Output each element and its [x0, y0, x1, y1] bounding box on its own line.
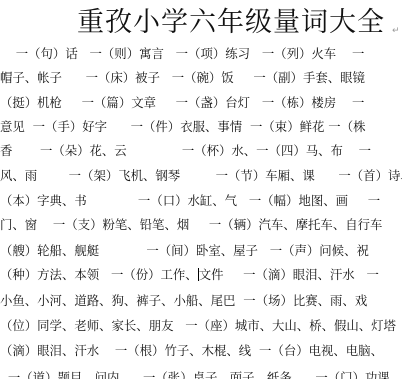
- text-line: （位）同学、老师、家长、朋友 一（座）城市、大山、桥、假山、灯塔: [0, 318, 396, 334]
- paragraph-mark-icon: ↵: [392, 26, 400, 36]
- document-title: 重孜小学六年级量词大全: [77, 0, 385, 39]
- text-segment: 文件 一（滴）眼泪、汗水 一: [199, 267, 379, 282]
- text-line: 一（句）话 一（则）寓言 一（项）练习 一（列）火车 一: [0, 46, 364, 62]
- text-line: 小鱼、小河、道路、狗、裤子、小船、尾巴 一（场）比赛、雨、戏: [0, 293, 367, 309]
- text-line: 香 一（朵）花、云 一（杯）水、一（四）马、布 一: [0, 143, 371, 159]
- text-line: （艘）轮船、舰艇 一（间）卧室、屋子 一（声）问候、祝: [0, 243, 369, 259]
- text-line-clipped: 一（道）题目、问内 一（张）桌子、面子、纸条 一（门）功课、一: [0, 370, 402, 379]
- text-segment: （种）方法、本领 一（份）工作、: [0, 267, 198, 282]
- text-line: （滴）眼泪、汗水 一（根）竹子、木棍、线 一（台）电视、电脑、: [0, 343, 383, 359]
- text-line: 风、雨 一（架）飞机、钢琴 一（节）车厢、课 一（首）诗、歌: [0, 168, 402, 184]
- text-line: 门、窗 一（支）粉笔、铅笔、烟 一（辆）汽车、摩托车、自行车: [0, 217, 382, 233]
- text-line: 意见 一（手）好字 一（件）衣服、事情 一（束）鲜花 一（株: [0, 119, 365, 135]
- text-line: （本）字典、书 一（口）水缸、气 一（幅）地图、画 一: [0, 193, 380, 209]
- text-line-with-cursor[interactable]: （种）方法、本领 一（份）工作、文件 一（滴）眼泪、汗水 一: [0, 267, 379, 283]
- text-line: 帽子、帐子 一（床）被子 一（碗）饭 一（副）手套、眼镜: [0, 70, 365, 86]
- text-line: （挺）机枪 一（篇）文章 一（盏）台灯 一（栋）楼房 一: [0, 95, 364, 111]
